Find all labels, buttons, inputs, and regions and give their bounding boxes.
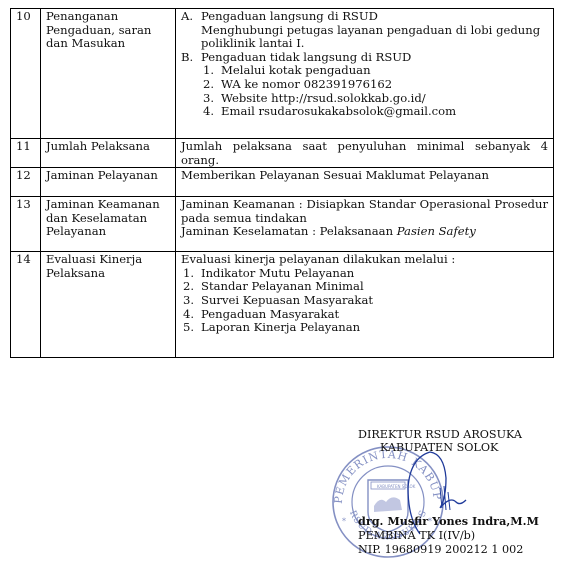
direct-complaint-title: Pengaduan langsung di RSUD bbox=[201, 10, 548, 24]
table-row: 12 Jaminan Pelayanan Memberikan Pelayana… bbox=[11, 168, 554, 197]
component-description: Memberikan Pelayanan Sesuai Maklumat Pel… bbox=[176, 168, 554, 197]
list-item: 3.Survei Kepuasan Masyarakat bbox=[181, 294, 548, 308]
component-name: Jaminan Pelayanan bbox=[41, 168, 176, 197]
list-item: B. Pengaduan tidak langsung di RSUD bbox=[181, 51, 548, 65]
evaluation-list: 1.Indikator Mutu Pelayanan 2.Standar Pel… bbox=[181, 267, 548, 335]
row-number: 11 bbox=[11, 139, 41, 168]
indirect-complaint-title: Pengaduan tidak langsung di RSUD bbox=[201, 51, 548, 65]
component-name: Jaminan Keamanan dan Keselamatan Pelayan… bbox=[41, 197, 176, 252]
signer-name: drg. Musfir Yones Indra,M.M bbox=[358, 515, 539, 529]
component-name: Evaluasi Kinerja Pelaksana bbox=[41, 252, 176, 358]
indirect-channels-list: 1.Melalui kotak pengaduan 2.WA ke nomor … bbox=[201, 64, 548, 118]
component-description: A. Pengaduan langsung di RSUD Menghubung… bbox=[176, 9, 554, 139]
component-description: Jumlah pelaksana saat penyuluhan minimal… bbox=[176, 139, 554, 168]
list-item: 5.Laporan Kinerja Pelayanan bbox=[181, 321, 548, 335]
list-item: 4.Pengaduan Masyarakat bbox=[181, 308, 548, 322]
list-item: 4.Email rsudarosukakabsolok@gmail.com bbox=[201, 105, 548, 119]
website-text: Website http://rsud.solokkab.go.id/ bbox=[221, 91, 426, 105]
row-number: 13 bbox=[11, 197, 41, 252]
list-item: 1.Melalui kotak pengaduan bbox=[201, 64, 548, 78]
table-row: 14 Evaluasi Kinerja Pelaksana Evaluasi k… bbox=[11, 252, 554, 358]
svg-text:*: * bbox=[342, 517, 346, 526]
component-name: Penanganan Pengaduan, saran dan Masukan bbox=[41, 9, 176, 139]
signer-nip: NIP. 19680919 200212 1 002 bbox=[358, 543, 523, 557]
list-item: 2.WA ke nomor 082391976162 bbox=[201, 78, 548, 92]
email-text: Email rsudarosukakabsolok@gmail.com bbox=[221, 104, 456, 118]
component-description: Jaminan Keamanan : Disiapkan Standar Ope… bbox=[176, 197, 554, 252]
safety-guarantee-text: Jaminan Keselamatan : Pelaksanaan Pasien… bbox=[181, 225, 548, 239]
table-row: 11 Jumlah Pelaksana Jumlah pelaksana saa… bbox=[11, 139, 554, 168]
signer-title-line1: DIREKTUR RSUD AROSUKA bbox=[358, 428, 522, 442]
security-guarantee-text: Jaminan Keamanan : Disiapkan Standar Ope… bbox=[181, 198, 548, 225]
direct-complaint-text: Menghubungi petugas layanan pengaduan di… bbox=[201, 24, 548, 51]
table-row: 13 Jaminan Keamanan dan Keselamatan Pela… bbox=[11, 197, 554, 252]
row-number: 14 bbox=[11, 252, 41, 358]
row-number: 12 bbox=[11, 168, 41, 197]
list-item: 2.Standar Pelayanan Minimal bbox=[181, 280, 548, 294]
signer-rank: PEMBINA TK I(IV/b) bbox=[358, 529, 475, 543]
component-name: Jumlah Pelaksana bbox=[41, 139, 176, 168]
evaluation-intro: Evaluasi kinerja pelayanan dilakukan mel… bbox=[181, 253, 548, 267]
signer-title-line2: KABUPATEN SOLOK bbox=[380, 441, 498, 455]
component-description: Evaluasi kinerja pelayanan dilakukan mel… bbox=[176, 252, 554, 358]
list-item: 1.Indikator Mutu Pelayanan bbox=[181, 267, 548, 281]
table-row: 10 Penanganan Pengaduan, saran dan Masuk… bbox=[11, 9, 554, 139]
list-item: 3.Website http://rsud.solokkab.go.id/ bbox=[201, 92, 548, 106]
complaint-channels-list: A. Pengaduan langsung di RSUD Menghubung… bbox=[181, 10, 548, 64]
row-number: 10 bbox=[11, 9, 41, 139]
service-standard-table: 10 Penanganan Pengaduan, saran dan Masuk… bbox=[10, 8, 554, 358]
list-item: A. Pengaduan langsung di RSUD Menghubung… bbox=[181, 10, 548, 51]
